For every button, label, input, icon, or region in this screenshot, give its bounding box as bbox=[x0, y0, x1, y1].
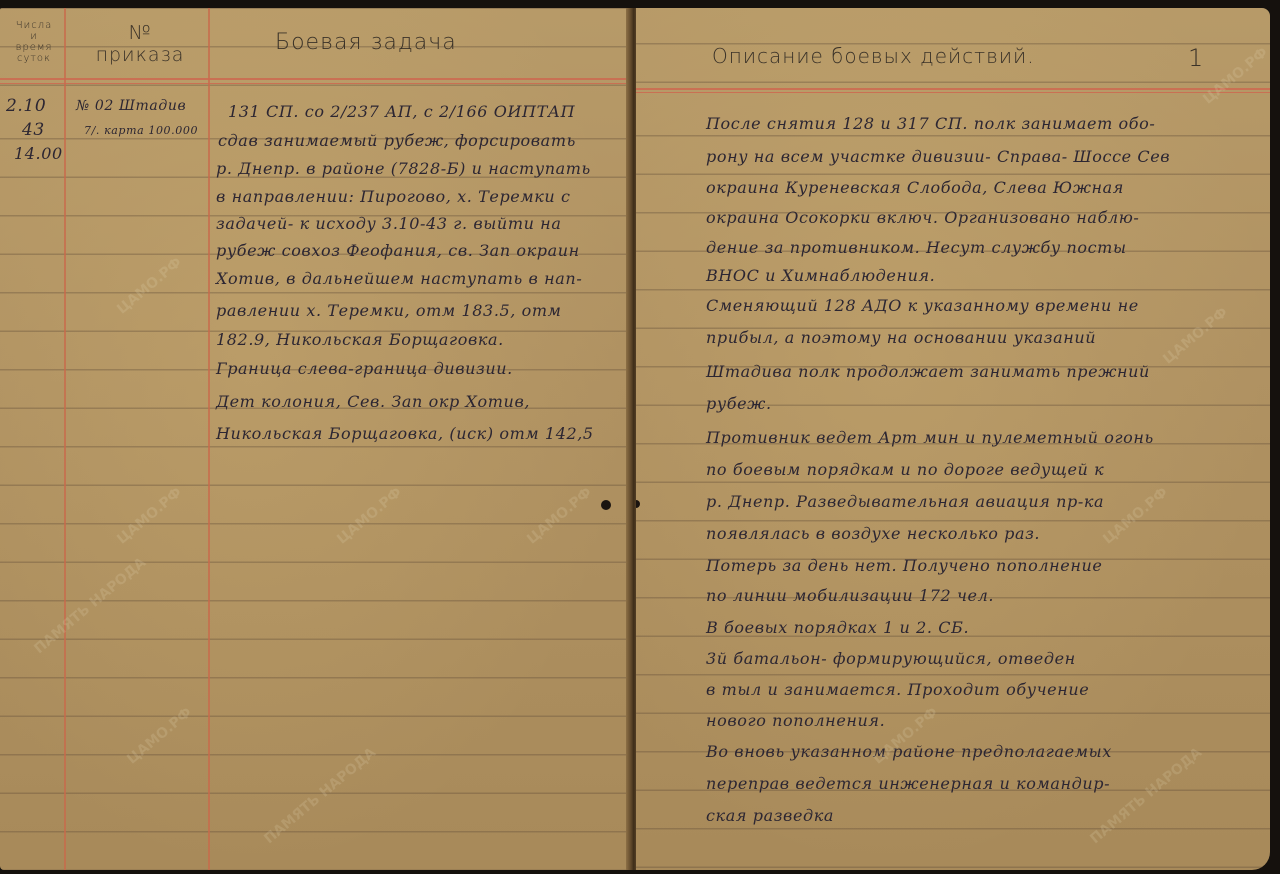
date-line: 43 bbox=[22, 120, 45, 140]
order-line: № 02 Штадив bbox=[76, 98, 186, 114]
task-line: задачей- к исходу 3.10-43 г. выйти на bbox=[216, 214, 561, 233]
description-column-header: Описание боевых действий. bbox=[712, 44, 1035, 68]
description-line: ская разведка bbox=[706, 806, 834, 825]
page-number: 1 bbox=[1188, 44, 1204, 72]
order-line: 7/. карта 100.000 bbox=[84, 124, 198, 137]
header-rule bbox=[636, 88, 1270, 90]
description-line: рону на всем участке дивизии- Справа- Шо… bbox=[706, 147, 1170, 166]
description-line: В боевых порядках 1 и 2. СБ. bbox=[706, 618, 969, 637]
task-line: Граница слева-граница дивизии. bbox=[216, 359, 513, 378]
description-line: по линии мобилизации 172 чел. bbox=[706, 586, 994, 605]
header-line: время bbox=[4, 42, 64, 53]
header-line: суток bbox=[4, 53, 64, 64]
description-line: Во вновь указанном районе предполагаемых bbox=[706, 742, 1112, 761]
description-line: ВНОС и Химнаблюдения. bbox=[706, 266, 935, 285]
description-line: р. Днепр. Разведывательная авиация пр-ка bbox=[706, 492, 1104, 511]
date-line: 2.10 bbox=[6, 96, 46, 116]
description-line: в тыл и занимается. Проходит обучение bbox=[706, 680, 1089, 699]
header-rule-2 bbox=[0, 83, 632, 84]
description-line: окраина Осокорки включ. Организовано наб… bbox=[706, 208, 1139, 227]
task-line: рубеж совхоз Феофания, св. Зап окраин bbox=[216, 241, 580, 260]
task-line: Никольская Борщаговка, (иск) отм 142,5 bbox=[216, 424, 594, 443]
description-line: Противник ведет Арт мин и пулеметный ого… bbox=[706, 428, 1154, 447]
left-page: Числа и время суток № приказа Боевая зад… bbox=[0, 8, 632, 870]
description-line: окраина Куреневская Слобода, Слева Южная bbox=[706, 178, 1124, 197]
description-line: После снятия 128 и 317 СП. полк занимает… bbox=[706, 114, 1155, 133]
header-rule-2 bbox=[636, 92, 1270, 93]
description-line: Сменяющий 128 АДО к указанному времени н… bbox=[706, 296, 1139, 315]
description-line: рубеж. bbox=[706, 394, 772, 413]
description-line: дение за противником. Несут службу посты bbox=[706, 238, 1127, 257]
task-line: в направлении: Пирогово, х. Теремки с bbox=[216, 187, 571, 206]
right-page: Описание боевых действий. 1 После снятия… bbox=[636, 8, 1270, 870]
task-line: р. Днепр. в районе (7828-Б) и наступать bbox=[216, 159, 591, 178]
header-line: Числа bbox=[4, 20, 64, 31]
description-line: Потерь за день нет. Получено пополнение bbox=[706, 556, 1102, 575]
description-line: Штадива полк продолжает занимать прежний bbox=[706, 362, 1150, 381]
task-line: сдав занимаемый рубеж, форсировать bbox=[218, 131, 576, 150]
description-line: по боевым порядкам и по дороге ведущей к bbox=[706, 460, 1104, 479]
column-divider-date bbox=[64, 8, 66, 870]
description-line: переправ ведется инженерная и командир- bbox=[706, 774, 1110, 793]
header-line: приказа bbox=[80, 44, 200, 66]
date-column-header: Числа и время суток bbox=[4, 20, 64, 64]
description-line: появлялась в воздухе несколько раз. bbox=[706, 524, 1040, 543]
task-line: равлении х. Теремки, отм 183.5, отм bbox=[216, 301, 562, 320]
header-line: и bbox=[4, 31, 64, 42]
description-line: нового пополнения. bbox=[706, 711, 885, 730]
header-line: № bbox=[80, 22, 200, 44]
header-line: Боевая задача bbox=[275, 30, 457, 55]
date-line: 14.00 bbox=[14, 144, 63, 163]
binding-hole bbox=[601, 500, 611, 510]
description-line: прибыл, а поэтому на основании указаний bbox=[706, 328, 1096, 347]
task-line: 131 СП. со 2/237 АП, с 2/166 ОИПТАП bbox=[228, 102, 575, 121]
task-line: 182.9, Никольская Борщаговка. bbox=[216, 330, 504, 349]
task-column-header: Боевая задача bbox=[275, 30, 457, 55]
order-column-header: № приказа bbox=[80, 22, 200, 66]
description-line: 3й батальон- формирующийся, отведен bbox=[706, 649, 1076, 668]
column-divider-order bbox=[208, 8, 210, 870]
task-line: Хотив, в дальнейшем наступать в нап- bbox=[216, 269, 582, 288]
task-line: Дет колония, Сев. Зап окр Хотив, bbox=[216, 392, 530, 411]
header-rule bbox=[0, 78, 632, 80]
